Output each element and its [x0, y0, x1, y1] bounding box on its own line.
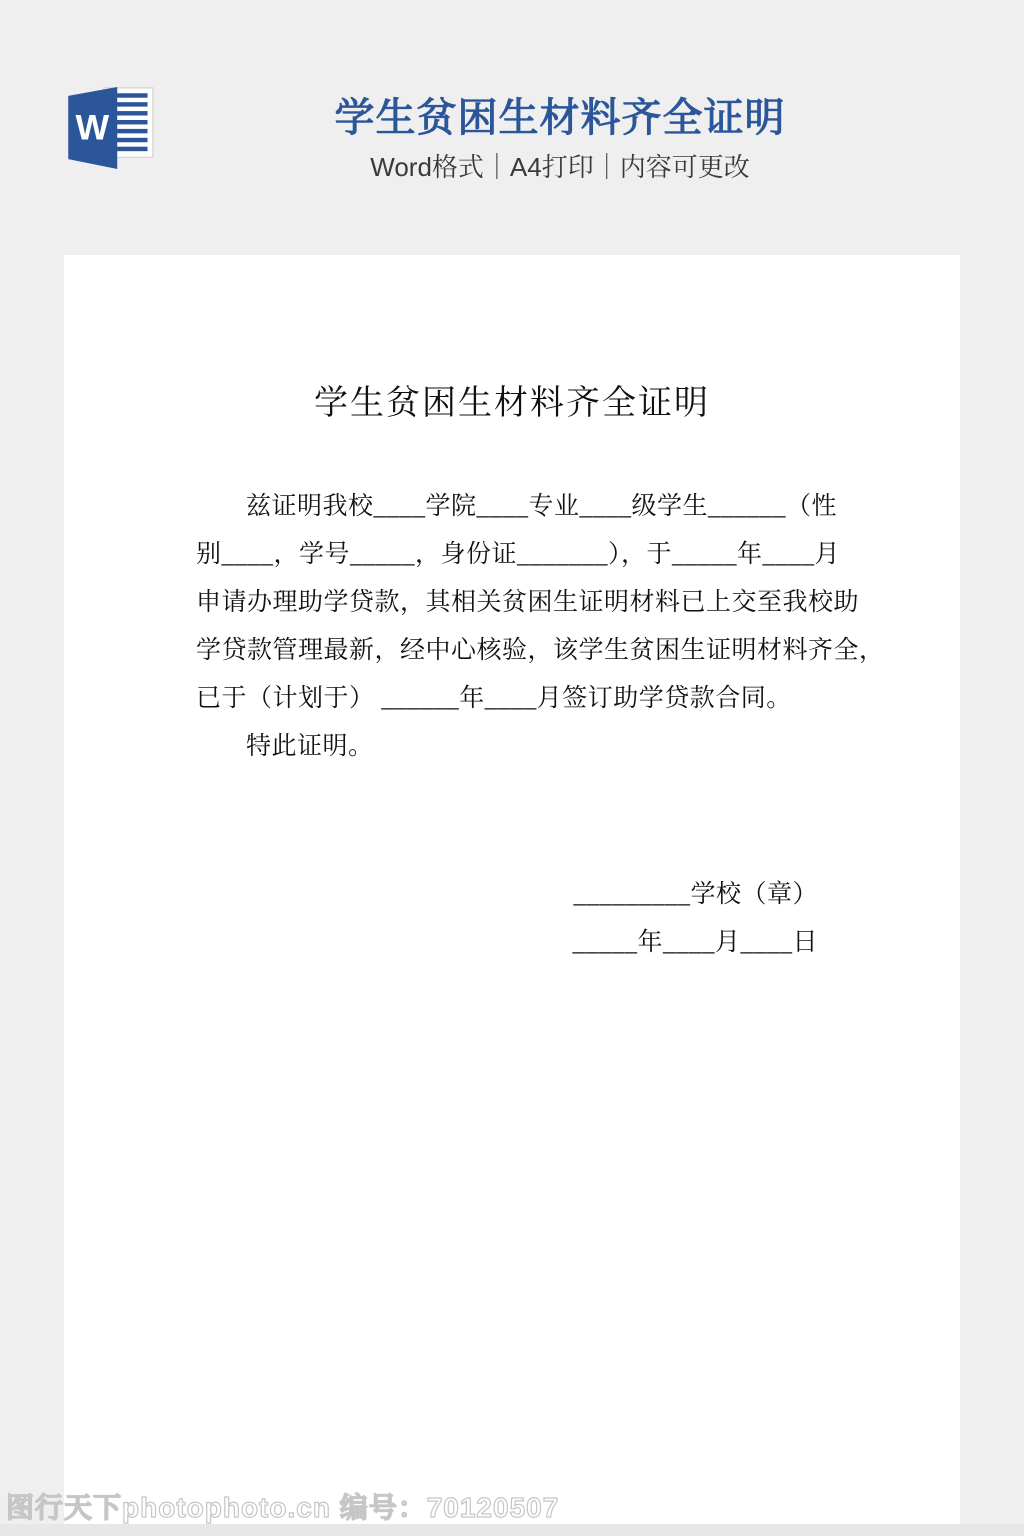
header-title: 学生贫困生材料齐全证明 [96, 94, 1024, 142]
doc-line-1: 兹证明我校____学院____专业____级学生______（性 [196, 483, 828, 531]
header: 学生贫困生材料齐全证明 Word格式｜A4打印｜内容可更改 [96, 94, 1024, 182]
watermark-text: 图行天下photophoto.cn 编号：70120507 [6, 1486, 559, 1526]
signature-date-line: _____年____月____日 [64, 919, 818, 967]
header-subtitle: Word格式｜A4打印｜内容可更改 [96, 152, 1024, 182]
document-page: 学生贫困生材料齐全证明 兹证明我校____学院____专业____级学生____… [64, 255, 960, 1524]
document-body: 兹证明我校____学院____专业____级学生______（性 别____，学… [64, 483, 960, 771]
preview-canvas: W 学生贫困生材料齐全证明 Word格式｜A4打印｜内容可更改 学生贫困生材料齐… [0, 0, 1024, 1536]
doc-line-5: 已于（计划于） ______年____月签订助学贷款合同。 [196, 675, 828, 723]
document-title: 学生贫困生材料齐全证明 [64, 381, 960, 427]
footer-bar [0, 1524, 1024, 1536]
doc-line-3: 申请办理助学贷款，其相关贫困生证明材料已上交至我校助 [196, 579, 828, 627]
signature-school-line: _________学校（章） [64, 871, 818, 919]
doc-line-4: 学贷款管理最新，经中心核验，该学生贫困生证明材料齐全， [196, 627, 828, 675]
doc-line-6: 特此证明。 [196, 723, 828, 771]
doc-line-2: 别____，学号_____，身份证_______），于_____年____月 [196, 531, 828, 579]
signature-block: _________学校（章） _____年____月____日 [64, 871, 960, 967]
